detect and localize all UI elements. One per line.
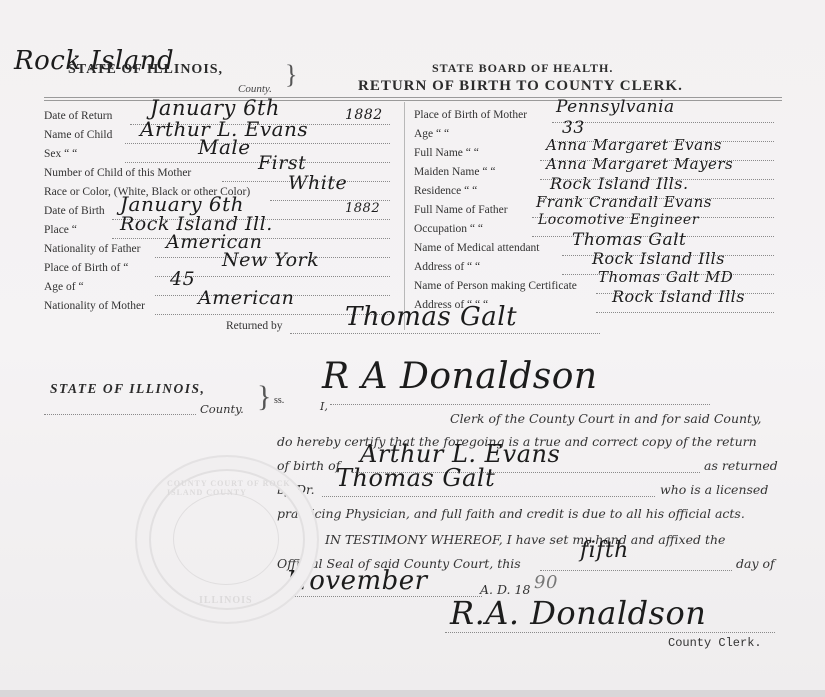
brace: }	[285, 60, 297, 90]
seal-bottom-text: ILLINOIS	[199, 595, 253, 606]
field-value: White	[288, 172, 347, 194]
field-value: American	[198, 287, 294, 309]
field-label: Date of Birth	[44, 205, 105, 217]
field-value: Anna Margaret Mayers	[546, 155, 733, 173]
clerk-name-line	[330, 404, 710, 405]
returned-by-label: Returned by	[226, 320, 283, 332]
final-clerk-signature: R.A. Donaldson	[450, 594, 706, 632]
field-label: Place of Birth of Mother	[414, 109, 527, 121]
field-value: Locomotive Engineer	[538, 212, 699, 228]
cert-year-value: 90	[534, 572, 558, 593]
document-title: RETURN OF BIRTH TO COUNTY CLERK.	[358, 78, 683, 95]
field-label: Age “ “	[414, 128, 449, 140]
field-value: Pennsylvania	[556, 97, 675, 117]
field-value: First	[258, 152, 306, 174]
field-line	[596, 312, 774, 313]
board-heading: STATE BOARD OF HEALTH.	[432, 61, 613, 76]
field-value: Rock Island Ills	[592, 249, 725, 268]
cert-line-4-suffix: who is a licensed	[660, 482, 768, 497]
field-value: 33	[562, 118, 585, 138]
field-label: Address of “ “	[414, 261, 480, 273]
county-clerk-title: County Clerk.	[668, 636, 762, 650]
field-year: 1882	[345, 107, 383, 123]
field-label: Number of Child of this Mother	[44, 167, 191, 179]
seal-top-text: COUNTY COURT OF ROCK ISLAND COUNTY	[167, 479, 317, 497]
field-value: Male	[198, 135, 251, 159]
brace: }	[257, 380, 271, 414]
seal-inner-ring	[173, 493, 279, 585]
field-label: Residence “ “	[414, 185, 477, 197]
field-value: Thomas Galt MD	[598, 268, 733, 286]
field-value: Frank Crandall Evans	[536, 193, 712, 211]
field-label: Date of Return	[44, 110, 112, 122]
field-value: Rock Island Ills	[612, 287, 745, 306]
field-label: Maiden Name “ “	[414, 166, 495, 178]
field-year: 1882	[345, 201, 380, 216]
doctor-name-line	[322, 496, 655, 497]
cert-county-label: County.	[200, 402, 244, 416]
field-line	[125, 143, 390, 144]
field-value: 45	[170, 268, 195, 290]
returned-by-line	[290, 333, 600, 334]
returned-by-signature: Thomas Galt	[345, 302, 517, 332]
clerk-signature-line	[445, 632, 775, 633]
cert-line-1: Clerk of the County Court in and for sai…	[450, 411, 761, 426]
field-label: Place of Birth of “	[44, 262, 128, 274]
field-label: Nationality of Father	[44, 243, 140, 255]
birth-return-document: Rock Island STATE OF ILLINOIS, County. }…	[0, 0, 825, 690]
field-label: Place “	[44, 224, 77, 236]
cert-doctor-name: Thomas Galt	[336, 464, 495, 492]
field-label: Sex “ “	[44, 148, 77, 160]
field-line	[552, 122, 774, 123]
field-label: Nationality of Mother	[44, 300, 145, 312]
cert-state-heading: STATE OF ILLINOIS,	[50, 381, 205, 397]
field-label: Full Name of Father	[414, 204, 508, 216]
field-value: Anna Margaret Evans	[546, 136, 722, 154]
cert-day-value: fifth	[580, 538, 629, 563]
state-heading: STATE OF ILLINOIS,	[68, 62, 223, 78]
cert-county-line	[44, 414, 196, 415]
field-label: Name of Person making Certificate	[414, 280, 577, 292]
embossed-seal-icon: COUNTY COURT OF ROCK ISLAND COUNTY ILLIN…	[135, 455, 319, 624]
cert-line-6: IN TESTIMONY WHEREOF, I have set my hand…	[325, 532, 725, 547]
field-label: Name of Child	[44, 129, 112, 141]
field-value: New York	[222, 249, 319, 271]
field-label: Age of “	[44, 281, 84, 293]
column-divider	[404, 102, 405, 330]
day-line	[540, 570, 732, 571]
page-bottom-edge	[0, 690, 825, 697]
field-value: Thomas Galt	[572, 230, 686, 250]
field-label: Full Name “ “	[414, 147, 479, 159]
county-label: County.	[238, 83, 272, 95]
cert-line-7-suffix: day of	[736, 556, 775, 571]
cert-line-5: practicing Physician, and full faith and…	[277, 506, 745, 521]
field-label: Occupation “ “	[414, 223, 483, 235]
cert-line-3-prefix: of birth of	[277, 458, 340, 473]
ss-label: ss.	[274, 395, 284, 406]
cert-line-3-suffix: as returned	[704, 458, 778, 473]
field-value: Rock Island Ills.	[550, 174, 689, 193]
field-label: Name of Medical attendant	[414, 242, 540, 254]
clerk-signature: R A Donaldson	[322, 356, 598, 397]
i-label: I,	[320, 400, 328, 413]
